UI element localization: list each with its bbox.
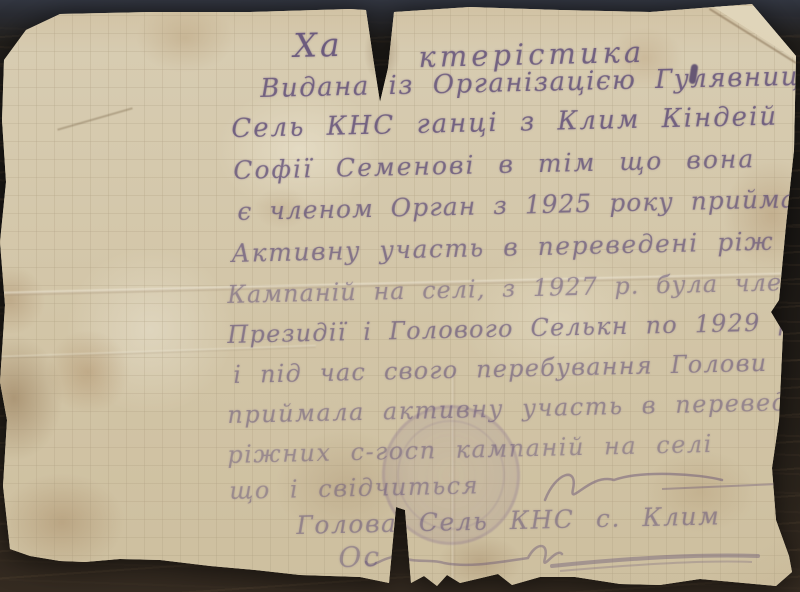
photo-of-document: Ха ктерістика Видана із Організацією Гул… <box>0 0 800 592</box>
paper-wrapper: Ха ктерістика Видана із Організацією Гул… <box>0 0 800 592</box>
handwritten-line: що і свідчиться <box>229 471 479 505</box>
paper-document: Ха ктерістика Видана із Організацією Гул… <box>0 0 800 592</box>
title-left-fragment: Ха <box>293 25 343 65</box>
signature-initial: Ос <box>338 540 381 574</box>
